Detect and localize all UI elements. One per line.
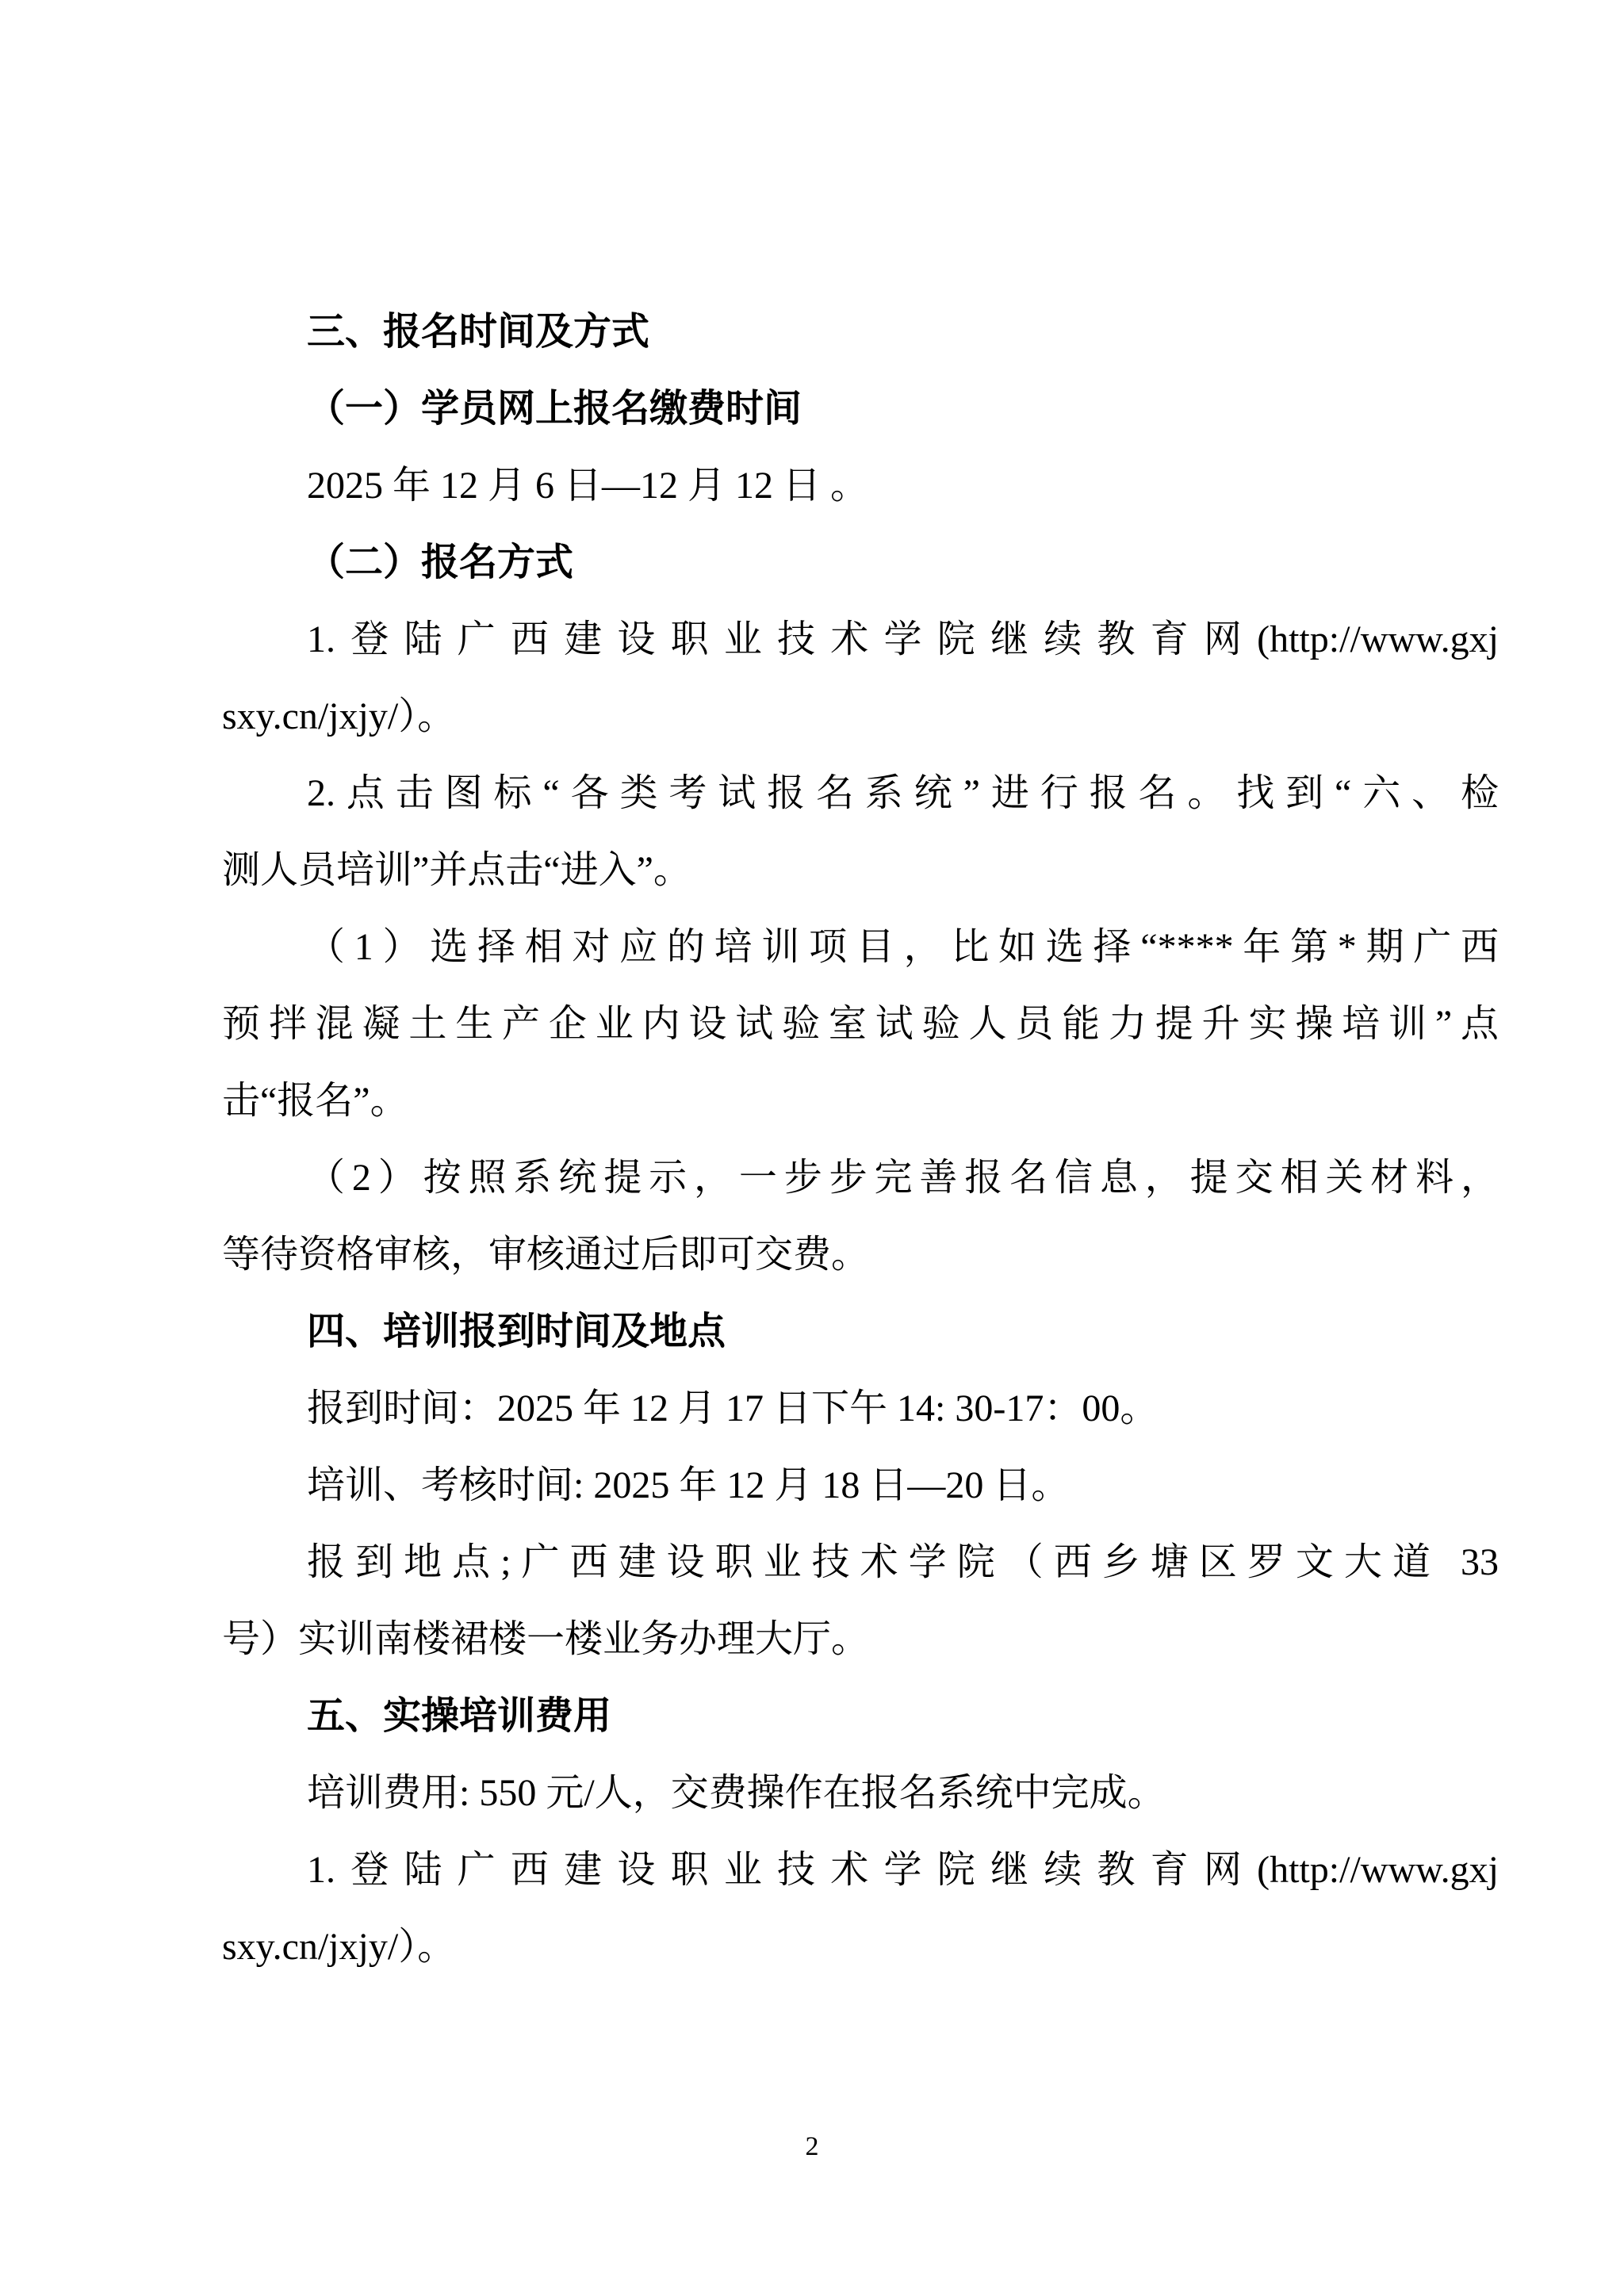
substep1-select-project-line: （1）选择相对应的培训项目，比如选择“****年第*期广西: [222, 909, 1499, 985]
step2-click-icon-line: 2.点击图标“各类考试报名系统”进行报名。找到“六、检: [222, 755, 1499, 832]
step2-continuation-line: 测人员培训”并点击“进入”。: [222, 832, 1499, 909]
document-page: 三、报名时间及方式 （一）学员网上报名缴费时间 2025 年 12 月 6 日—…: [0, 0, 1624, 2296]
substep1-end-line: 击“报名”。: [222, 1062, 1499, 1139]
subsection-heading-3-1: （一）学员网上报名缴费时间: [222, 370, 1499, 447]
checkin-time-line: 报到时间：2025 年 12 月 17 日下午 14: 30-17：00。: [222, 1370, 1499, 1447]
section-heading-4: 四、培训报到时间及地点: [222, 1293, 1499, 1370]
substep2-follow-prompts-line: （2）按照系统提示，一步步完善报名信息，提交相关材料，: [222, 1139, 1499, 1216]
substep1-continuation-line: 预拌混凝土生产企业内设试验室试验人员能力提升实操培训”点: [222, 985, 1499, 1062]
training-fee-line: 培训费用: 550 元/人，交费操作在报名系统中完成。: [222, 1755, 1499, 1831]
fee-step1-url-continuation-line: sxy.cn/jxjy/）。: [222, 1908, 1499, 1985]
step1-url-continuation-line: sxy.cn/jxjy/）。: [222, 678, 1499, 755]
page-number: 2: [0, 2131, 1624, 2163]
training-exam-time-line: 培训、考核时间: 2025 年 12 月 18 日—20 日。: [222, 1447, 1499, 1524]
substep2-continuation-line: 等待资格审核，审核通过后即可交费。: [222, 1216, 1499, 1293]
section-heading-5: 五、实操培训费用: [222, 1678, 1499, 1755]
checkin-location-continuation-line: 号）实训南楼裙楼一楼业务办理大厅。: [222, 1601, 1499, 1678]
registration-dates-line: 2025 年 12 月 6 日—12 月 12 日 。: [222, 447, 1499, 524]
subsection-heading-3-2: （二）报名方式: [222, 524, 1499, 601]
document-body: 三、报名时间及方式 （一）学员网上报名缴费时间 2025 年 12 月 6 日—…: [222, 293, 1499, 1985]
checkin-location-line: 报到地点;广西建设职业技术学院（西乡塘区罗文大道 33: [222, 1524, 1499, 1601]
step1-login-line: 1.登陆广西建设职业技术学院继续教育网(http://www.gxj: [222, 601, 1499, 678]
section-heading-3: 三、报名时间及方式: [222, 293, 1499, 370]
fee-step1-login-line: 1.登陆广西建设职业技术学院继续教育网(http://www.gxj: [222, 1831, 1499, 1908]
